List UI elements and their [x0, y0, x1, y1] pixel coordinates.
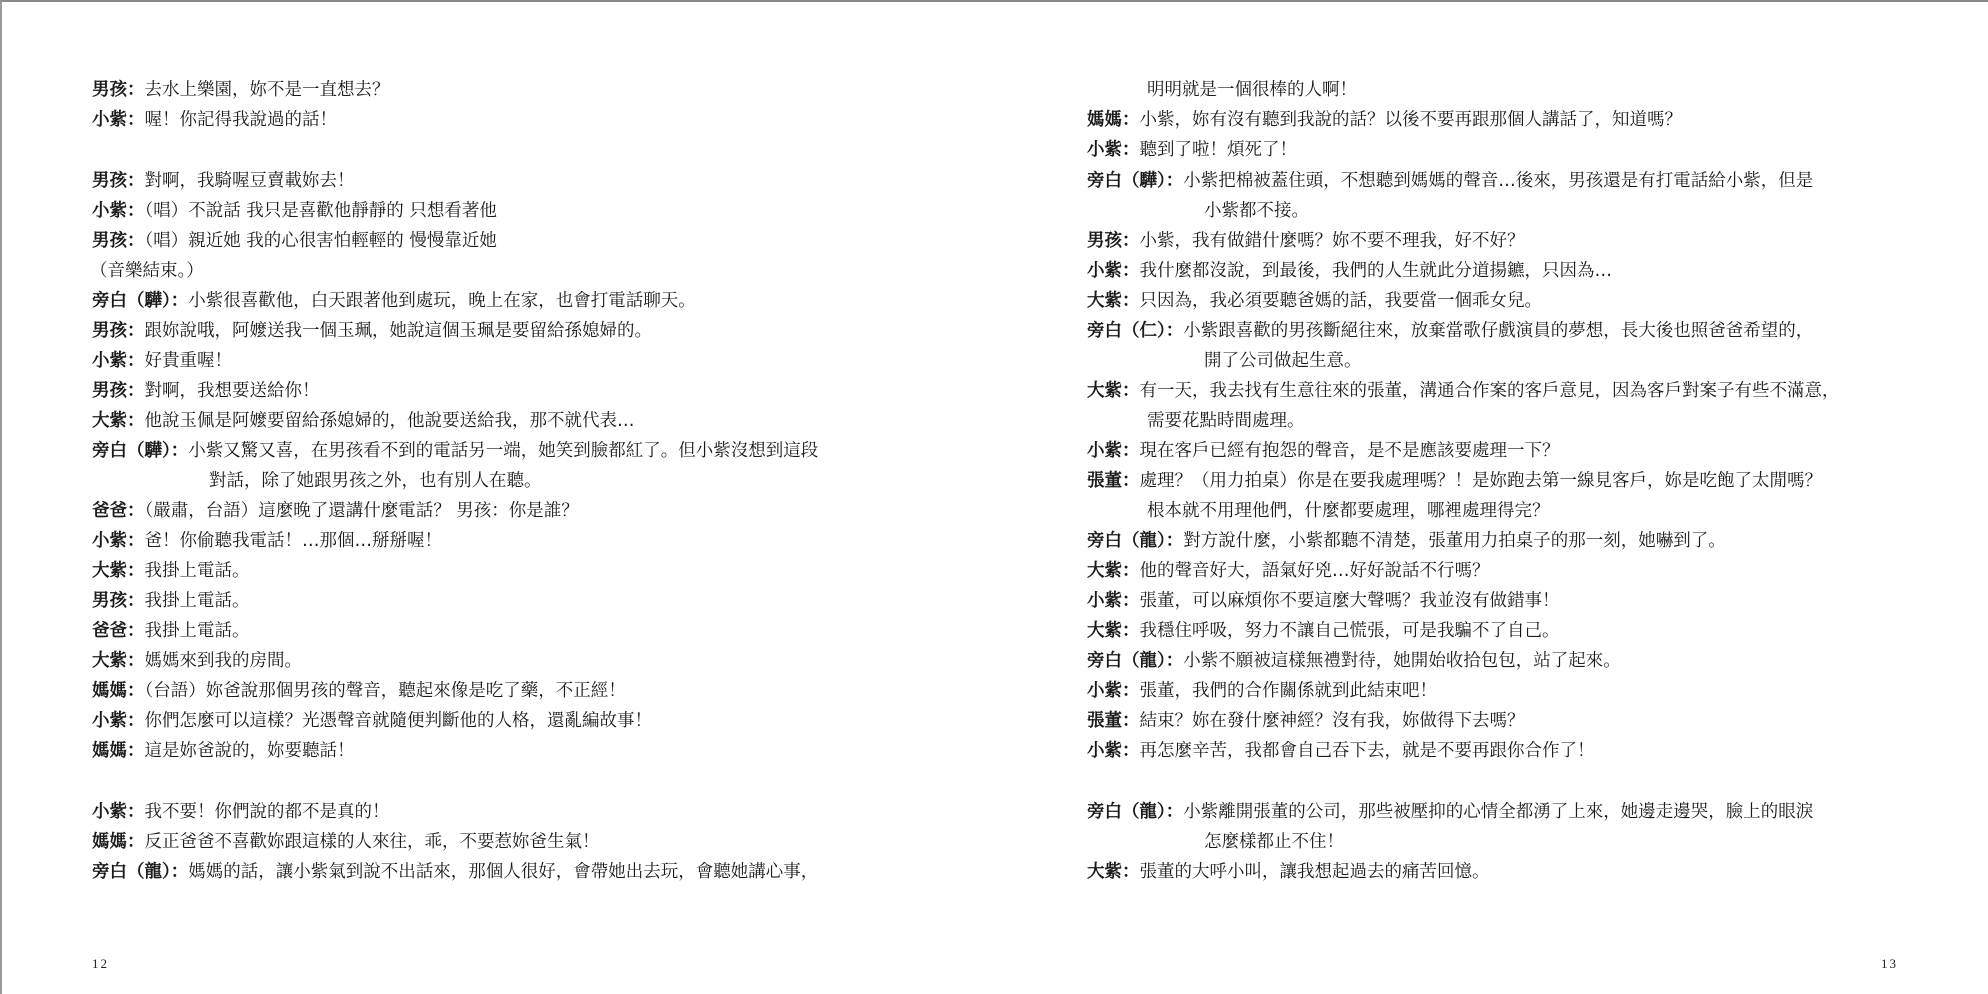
speaker-separator: ： — [171, 291, 189, 311]
dialogue-line: 小紫：我什麼都沒說，到最後，我們的人生就此分道揚鑣，只因為… — [1087, 259, 1612, 283]
speaker-separator: ： — [1122, 741, 1140, 761]
speaker-label: 男孩 — [92, 171, 127, 191]
speaker-label: 小紫 — [92, 711, 127, 731]
line-text: 小紫，妳有沒有聽到我說的話？以後不要再跟那個人講話了，知道嗎？ — [1140, 110, 1683, 130]
line-text: 對話，除了她跟男孩之外，也有別人在聽。 — [209, 471, 542, 491]
line-text: 只因為，我必須要聽爸媽的話，我要當一個乖女兒。 — [1140, 291, 1543, 311]
dialogue-line: 旁白（龍）：小紫離開張董的公司，那些被壓抑的心情全都湧了上來，她邊走邊哭，臉上的… — [1087, 800, 1813, 824]
line-text: 張董，可以麻煩你不要這麼大聲嗎？我並沒有做錯事！ — [1140, 591, 1560, 611]
line-text: 小紫離開張董的公司，那些被壓抑的心情全都湧了上來，她邊走邊哭，臉上的眼淚 — [1183, 802, 1813, 822]
speaker-separator: ： — [127, 411, 145, 431]
speaker-label: 大紫 — [1087, 621, 1122, 641]
speaker-separator: ： — [127, 171, 145, 191]
line-text: 現在客戶已經有抱怨的聲音，是不是應該要處理一下？ — [1140, 441, 1560, 461]
speaker-label: 大紫 — [1087, 381, 1122, 401]
speaker-separator: ： — [127, 711, 145, 731]
dialogue-line: 小紫：好貴重喔！ — [92, 349, 232, 373]
dialogue-line: 小紫：爸！你偷聽我電話！…那個…掰掰喔！ — [92, 529, 442, 553]
speaker-label: 男孩 — [92, 231, 127, 251]
speaker-separator: ： — [171, 441, 189, 461]
line-text: 我什麼都沒說，到最後，我們的人生就此分道揚鑣，只因為… — [1140, 261, 1613, 281]
speaker-label: 大紫 — [92, 651, 127, 671]
line-text: 喔！你記得我說過的話！ — [145, 110, 338, 130]
dialogue-line: 大紫：他的聲音好大，語氣好兇…好好說話不行嗎？ — [1087, 559, 1490, 583]
line-text: （台語）妳爸說那個男孩的聲音，聽起來像是吃了藥，不正經！ — [145, 681, 626, 701]
line-text: 他說玉佩是阿嬤要留給孫媳婦的，他說要送給我，那不就代表… — [145, 411, 635, 431]
line-text: 小紫不願被這樣無禮對待，她開始收拾包包，站了起來。 — [1183, 651, 1621, 671]
speaker-label: 旁白（驊） — [1087, 171, 1166, 191]
speaker-separator: ： — [1122, 561, 1140, 581]
line-text: 聽到了啦！煩死了！ — [1140, 140, 1298, 160]
speaker-separator: ： — [1122, 681, 1140, 701]
continuation-line: 對話，除了她跟男孩之外，也有別人在聽。 — [209, 469, 542, 493]
speaker-separator: ： — [127, 80, 145, 100]
line-text: 再怎麼辛苦，我都會自己吞下去，就是不要再跟你合作了！ — [1140, 741, 1595, 761]
dialogue-line: 旁白（驊）：小紫把棉被蓋住頭，不想聽到媽媽的聲音…後來，男孩還是有打電話給小紫，… — [1087, 169, 1813, 193]
dialogue-line: 旁白（龍）：小紫不願被這樣無禮對待，她開始收拾包包，站了起來。 — [1087, 649, 1621, 673]
speaker-label: 旁白（龍） — [1087, 802, 1166, 822]
speaker-separator: ： — [127, 231, 145, 251]
speaker-separator: ： — [1166, 651, 1184, 671]
line-text: 我掛上電話。 — [145, 621, 250, 641]
line-text: 去水上樂園，妳不是一直想去？ — [145, 80, 390, 100]
dialogue-line: 小紫：現在客戶已經有抱怨的聲音，是不是應該要處理一下？ — [1087, 439, 1560, 463]
speaker-separator: ： — [127, 381, 145, 401]
dialogue-line: 小紫：你們怎麼可以這樣？光憑聲音就隨便判斷他的人格，還亂編故事！ — [92, 709, 652, 733]
continuation-line: 明明就是一個很棒的人啊！ — [1147, 78, 1357, 102]
dialogue-line: 小紫：喔！你記得我說過的話！ — [92, 108, 337, 132]
speaker-separator: ： — [127, 802, 145, 822]
dialogue-line: 小紫：我不要！你們說的都不是真的！ — [92, 800, 390, 824]
speaker-separator: ： — [127, 501, 145, 521]
speaker-label: 媽媽 — [92, 832, 127, 852]
page-number-right: 13 — [1881, 956, 1898, 972]
line-text: 開了公司做起生意。 — [1204, 351, 1362, 371]
speaker-label: 爸爸 — [92, 501, 127, 521]
speaker-separator: ： — [171, 862, 189, 882]
dialogue-line: 小紫：聽到了啦！煩死了！ — [1087, 138, 1297, 162]
speaker-separator: ： — [1122, 231, 1140, 251]
right-page: 明明就是一個很棒的人啊！媽媽：小紫，妳有沒有聽到我說的話？以後不要再跟那個人講話… — [994, 0, 1988, 994]
line-text: 反正爸爸不喜歡妳跟這樣的人來往，乖，不要惹妳爸生氣！ — [145, 832, 600, 852]
line-text: 他的聲音好大，語氣好兇…好好說話不行嗎？ — [1140, 561, 1490, 581]
dialogue-line: 男孩：去水上樂園，妳不是一直想去？ — [92, 78, 390, 102]
line-text: 爸！你偷聽我電話！…那個…掰掰喔！ — [145, 531, 443, 551]
dialogue-line: 男孩：我掛上電話。 — [92, 589, 250, 613]
speaker-separator: ： — [1166, 171, 1184, 191]
line-text: 媽媽的話，讓小紫氣到說不出話來，那個人很好，會帶她出去玩，會聽她講心事， — [188, 862, 818, 882]
speaker-separator: ： — [1122, 621, 1140, 641]
speaker-label: 小紫 — [92, 201, 127, 221]
line-text: 小紫很喜歡他，白天跟著他到處玩，晚上在家，也會打電話聊天。 — [188, 291, 696, 311]
speaker-label: 小紫 — [1087, 681, 1122, 701]
speaker-label: 男孩 — [92, 80, 127, 100]
continuation-line: （音樂結束。） — [90, 259, 204, 283]
speaker-label: 小紫 — [92, 531, 127, 551]
dialogue-line: 男孩：跟妳說哦，阿嬤送我一個玉珮，她說這個玉珮是要留給孫媳婦的。 — [92, 319, 652, 343]
speaker-label: 小紫 — [1087, 140, 1122, 160]
speaker-label: 男孩 — [1087, 231, 1122, 251]
speaker-separator: ： — [127, 351, 145, 371]
speaker-separator: ： — [1122, 381, 1140, 401]
line-text: 你們怎麼可以這樣？光憑聲音就隨便判斷他的人格，還亂編故事！ — [145, 711, 653, 731]
line-text: 處理？（用力拍桌）你是在要我處理嗎？！是妳跑去第一線見客戶，妳是吃飽了太閒嗎？ — [1140, 471, 1823, 491]
dialogue-line: 旁白（仁）：小紫跟喜歡的男孩斷絕往來，放棄當歌仔戲演員的夢想，長大後也照爸爸希望… — [1087, 319, 1813, 343]
speaker-label: 小紫 — [1087, 261, 1122, 281]
line-text: 對啊，我騎喔豆賣載妳去！ — [145, 171, 355, 191]
dialogue-line: 小紫：張董，我們的合作關係就到此結束吧！ — [1087, 679, 1437, 703]
speaker-label: 小紫 — [1087, 741, 1122, 761]
speaker-label: 小紫 — [92, 802, 127, 822]
line-text: 對方說什麼，小紫都聽不清楚，張董用力拍桌子的那一刻，她嚇到了。 — [1183, 531, 1726, 551]
speaker-separator: ： — [127, 832, 145, 852]
speaker-label: 大紫 — [1087, 862, 1122, 882]
continuation-line: 需要花點時間處理。 — [1147, 409, 1305, 433]
line-text: 有一天，我去找有生意往來的張董，溝通合作案的客戶意見，因為客戶對案子有些不滿意， — [1140, 381, 1840, 401]
continuation-line: 根本就不用理他們，什麼都要處理，哪裡處理得完？ — [1147, 499, 1550, 523]
speaker-separator: ： — [1166, 802, 1184, 822]
speaker-separator: ： — [1122, 441, 1140, 461]
speaker-separator: ： — [1122, 711, 1140, 731]
dialogue-line: 小紫：再怎麼辛苦，我都會自己吞下去，就是不要再跟你合作了！ — [1087, 739, 1595, 763]
speaker-label: 媽媽 — [92, 681, 127, 701]
line-text: 張董，我們的合作關係就到此結束吧！ — [1140, 681, 1438, 701]
speaker-label: 小紫 — [1087, 441, 1122, 461]
line-text: 怎麼樣都止不住！ — [1204, 832, 1344, 852]
speaker-separator: ： — [127, 591, 145, 611]
speaker-separator: ： — [127, 741, 145, 761]
dialogue-line: 大紫：張董的大呼小叫，讓我想起過去的痛苦回憶。 — [1087, 860, 1490, 884]
speaker-separator: ： — [127, 681, 145, 701]
speaker-label: 媽媽 — [1087, 110, 1122, 130]
line-text: 明明就是一個很棒的人啊！ — [1147, 80, 1357, 100]
speaker-label: 男孩 — [92, 591, 127, 611]
speaker-label: 大紫 — [1087, 291, 1122, 311]
line-text: 我掛上電話。 — [145, 591, 250, 611]
line-text: 好貴重喔！ — [145, 351, 233, 371]
line-text: 小紫又驚又喜，在男孩看不到的電話另一端，她笑到臉都紅了。但小紫沒想到這段 — [188, 441, 818, 461]
speaker-separator: ： — [1122, 471, 1140, 491]
dialogue-line: 大紫：有一天，我去找有生意往來的張董，溝通合作案的客戶意見，因為客戶對案子有些不… — [1087, 379, 1840, 403]
speaker-label: 媽媽 — [92, 741, 127, 761]
speaker-label: 男孩 — [92, 381, 127, 401]
speaker-label: 男孩 — [92, 321, 127, 341]
speaker-label: 旁白（仁） — [1087, 321, 1166, 341]
speaker-separator: ： — [1122, 291, 1140, 311]
speaker-label: 大紫 — [1087, 561, 1122, 581]
line-text: 小紫，我有做錯什麼嗎？妳不要不理我，好不好？ — [1140, 231, 1525, 251]
speaker-separator: ： — [1122, 862, 1140, 882]
speaker-separator: ： — [1122, 591, 1140, 611]
speaker-label: 旁白（龍） — [92, 862, 171, 882]
line-text: 小紫都不接。 — [1204, 201, 1309, 221]
continuation-line: 開了公司做起生意。 — [1204, 349, 1362, 373]
line-text: （唱）親近她 我的心很害怕輕輕的 慢慢靠近她 — [145, 231, 497, 251]
page-number-left: 12 — [92, 956, 109, 972]
speaker-separator: ： — [127, 531, 145, 551]
speaker-separator: ： — [127, 321, 145, 341]
speaker-label: 張董 — [1087, 711, 1122, 731]
speaker-label: 旁白（驊） — [92, 441, 171, 461]
speaker-separator: ： — [1122, 110, 1140, 130]
dialogue-line: 張董：處理？（用力拍桌）你是在要我處理嗎？！是妳跑去第一線見客戶，妳是吃飽了太閒… — [1087, 469, 1822, 493]
line-text: 結束？妳在發什麼神經？沒有我，妳做得下去嗎？ — [1140, 711, 1525, 731]
line-text: 小紫把棉被蓋住頭，不想聽到媽媽的聲音…後來，男孩還是有打電話給小紫，但是 — [1183, 171, 1813, 191]
dialogue-line: 旁白（龍）：對方說什麼，小紫都聽不清楚，張董用力拍桌子的那一刻，她嚇到了。 — [1087, 529, 1726, 553]
speaker-separator: ： — [1166, 321, 1184, 341]
line-text: 對啊，我想要送給你！ — [145, 381, 320, 401]
dialogue-line: 張董：結束？妳在發什麼神經？沒有我，妳做得下去嗎？ — [1087, 709, 1525, 733]
speaker-label: 爸爸 — [92, 621, 127, 641]
speaker-separator: ： — [1122, 261, 1140, 281]
dialogue-line: 爸爸：我掛上電話。 — [92, 619, 250, 643]
dialogue-line: 小紫：（唱）不說話 我只是喜歡他靜靜的 只想看著他 — [92, 199, 497, 223]
continuation-line: 怎麼樣都止不住！ — [1204, 830, 1344, 854]
speaker-label: 小紫 — [92, 110, 127, 130]
speaker-label: 旁白（龍） — [1087, 651, 1166, 671]
line-text: 張董的大呼小叫，讓我想起過去的痛苦回憶。 — [1140, 862, 1490, 882]
dialogue-line: 媽媽：（台語）妳爸說那個男孩的聲音，聽起來像是吃了藥，不正經！ — [92, 679, 626, 703]
speaker-label: 張董 — [1087, 471, 1122, 491]
dialogue-line: 大紫：媽媽來到我的房間。 — [92, 649, 302, 673]
speaker-separator: ： — [127, 651, 145, 671]
dialogue-line: 旁白（驊）：小紫很喜歡他，白天跟著他到處玩，晚上在家，也會打電話聊天。 — [92, 289, 696, 313]
dialogue-line: 旁白（驊）：小紫又驚又喜，在男孩看不到的電話另一端，她笑到臉都紅了。但小紫沒想到… — [92, 439, 818, 463]
dialogue-line: 大紫：我穩住呼吸，努力不讓自己慌張，可是我騙不了自己。 — [1087, 619, 1560, 643]
line-text: 媽媽來到我的房間。 — [145, 651, 303, 671]
speaker-label: 小紫 — [1087, 591, 1122, 611]
speaker-separator: ： — [127, 110, 145, 130]
speaker-separator: ： — [127, 621, 145, 641]
line-text: 我穩住呼吸，努力不讓自己慌張，可是我騙不了自己。 — [1140, 621, 1560, 641]
line-text: 根本就不用理他們，什麼都要處理，哪裡處理得完？ — [1147, 501, 1550, 521]
dialogue-line: 男孩：對啊，我想要送給你！ — [92, 379, 320, 403]
line-text: （嚴肅，台語）這麼晚了還講什麼電話？ 男孩：你是誰？ — [145, 501, 579, 521]
speaker-label: 旁白（龍） — [1087, 531, 1166, 551]
line-text: 我不要！你們說的都不是真的！ — [145, 802, 390, 822]
dialogue-line: 男孩：對啊，我騎喔豆賣載妳去！ — [92, 169, 355, 193]
speaker-label: 小紫 — [92, 351, 127, 371]
dialogue-line: 大紫：他說玉佩是阿嬤要留給孫媳婦的，他說要送給我，那不就代表… — [92, 409, 635, 433]
dialogue-line: 旁白（龍）：媽媽的話，讓小紫氣到說不出話來，那個人很好，會帶她出去玩，會聽她講心… — [92, 860, 818, 884]
line-text: （唱）不說話 我只是喜歡他靜靜的 只想看著他 — [145, 201, 497, 221]
dialogue-line: 媽媽：小紫，妳有沒有聽到我說的話？以後不要再跟那個人講話了，知道嗎？ — [1087, 108, 1682, 132]
dialogue-line: 小紫：張董，可以麻煩你不要這麼大聲嗎？我並沒有做錯事！ — [1087, 589, 1560, 613]
speaker-separator: ： — [1122, 140, 1140, 160]
speaker-separator: ： — [127, 561, 145, 581]
dialogue-line: 爸爸：（嚴肅，台語）這麼晚了還講什麼電話？ 男孩：你是誰？ — [92, 499, 579, 523]
dialogue-line: 媽媽：這是妳爸說的，妳要聽話！ — [92, 739, 355, 763]
speaker-label: 大紫 — [92, 411, 127, 431]
line-text: 這是妳爸說的，妳要聽話！ — [145, 741, 355, 761]
dialogue-line: 大紫：只因為，我必須要聽爸媽的話，我要當一個乖女兒。 — [1087, 289, 1542, 313]
line-text: 跟妳說哦，阿嬤送我一個玉珮，她說這個玉珮是要留給孫媳婦的。 — [145, 321, 653, 341]
speaker-label: 大紫 — [92, 561, 127, 581]
speaker-separator: ： — [127, 201, 145, 221]
continuation-line: 小紫都不接。 — [1204, 199, 1309, 223]
speaker-separator: ： — [1166, 531, 1184, 551]
line-text: 需要花點時間處理。 — [1147, 411, 1305, 431]
dialogue-line: 男孩：（唱）親近她 我的心很害怕輕輕的 慢慢靠近她 — [92, 229, 497, 253]
line-text: 小紫跟喜歡的男孩斷絕往來，放棄當歌仔戲演員的夢想，長大後也照爸爸希望的， — [1183, 321, 1813, 341]
line-text: （音樂結束。） — [90, 261, 204, 281]
line-text: 我掛上電話。 — [145, 561, 250, 581]
dialogue-line: 男孩：小紫，我有做錯什麼嗎？妳不要不理我，好不好？ — [1087, 229, 1525, 253]
speaker-label: 旁白（驊） — [92, 291, 171, 311]
dialogue-line: 媽媽：反正爸爸不喜歡妳跟這樣的人來往，乖，不要惹妳爸生氣！ — [92, 830, 600, 854]
left-page: 男孩：去水上樂園，妳不是一直想去？小紫：喔！你記得我說過的話！男孩：對啊，我騎喔… — [0, 0, 994, 994]
dialogue-line: 大紫：我掛上電話。 — [92, 559, 250, 583]
